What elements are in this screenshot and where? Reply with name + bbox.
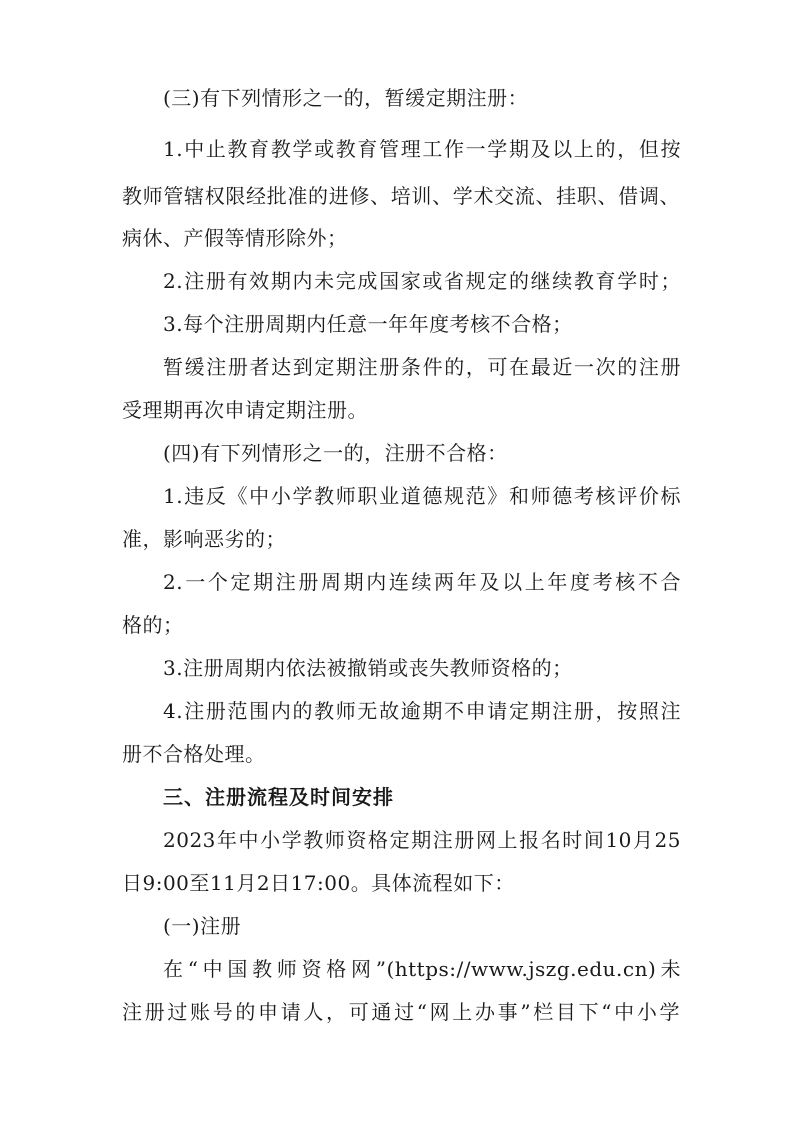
paragraph-line: 在“中国教师资格网”(https://www.jszg.edu.cn)未: [163, 955, 681, 983]
paragraph-line: 1.中止教育教学或教育管理工作一学期及以上的，但按: [163, 135, 681, 163]
paragraph-line: 受理期再次申请定期注册。: [122, 396, 682, 424]
paragraph-line: 2.注册有效期内未完成国家或省规定的继续教育学时；: [163, 267, 681, 295]
paragraph-line: 册不合格处理。: [122, 740, 682, 768]
section-heading-suspended-registration: (三)有下列情形之一的，暂缓定期注册：: [163, 84, 723, 112]
section-heading-failed-registration: (四)有下列情形之一的，注册不合格：: [163, 439, 723, 467]
paragraph-line: 教师管辖权限经批准的进修、培训、学术交流、挂职、借调、: [122, 182, 680, 210]
paragraph-line: 4.注册范围内的教师无故逾期不申请定期注册，按照注: [163, 697, 681, 725]
subsection-heading-registration: (一)注册: [163, 912, 723, 940]
paragraph-line: 2023年中小学教师资格定期注册网上报名时间10月25: [163, 826, 681, 854]
paragraph-line: 3.每个注册周期内任意一年年度考核不合格；: [163, 310, 723, 338]
paragraph-line: 暂缓注册者达到定期注册条件的，可在最近一次的注册: [163, 353, 681, 381]
section-heading-process-schedule: 三、注册流程及时间安排: [163, 783, 723, 811]
paragraph-line: 注册过账号的申请人，可通过“网上办事”栏目下“中小学: [122, 998, 680, 1026]
paragraph-line: 病休、产假等情形除外；: [122, 224, 682, 252]
document-page: (三)有下列情形之一的，暂缓定期注册： 1.中止教育教学或教育管理工作一学期及以…: [0, 0, 800, 1131]
paragraph-line: 1.违反《中小学教师职业道德规范》和师德考核评价标: [163, 482, 681, 510]
paragraph-line: 格的；: [122, 611, 682, 639]
paragraph-line: 2.一个定期注册周期内连续两年及以上年度考核不合: [163, 568, 681, 596]
paragraph-line: 准，影响恶劣的；: [122, 525, 682, 553]
paragraph-line: 3.注册周期内依法被撤销或丧失教师资格的；: [163, 654, 723, 682]
paragraph-line: 日9:00至11月2日17:00。具体流程如下：: [122, 869, 682, 897]
